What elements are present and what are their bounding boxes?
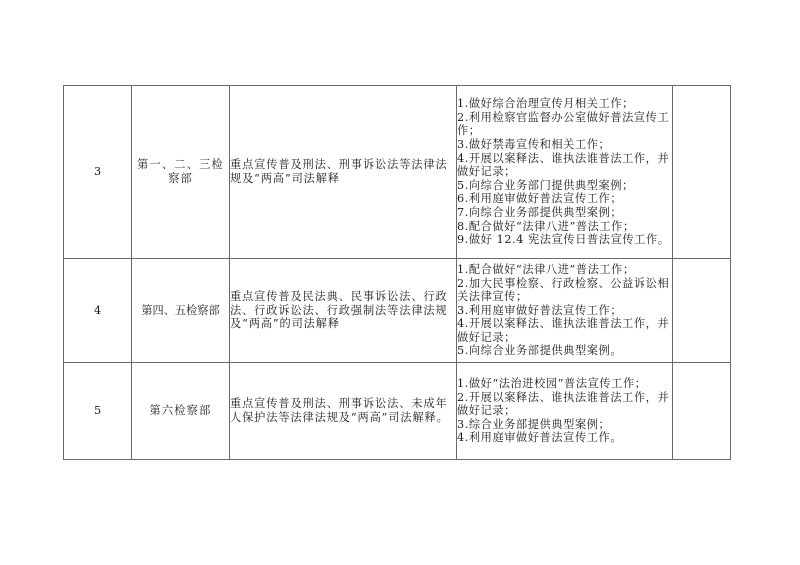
table-row: 4 第四、五检察部 重点宣传普及民法典、民事诉讼法、行政法、行政诉讼法、行政强制…	[64, 259, 731, 363]
department-cell: 第一、二、三检察部	[132, 86, 230, 259]
tasks-cell: 1.配合做好“法律八进”普法工作； 2.加大民事检察、行政检察、公益诉讼相关法律…	[457, 259, 673, 363]
task-item: 3.做好禁毒宣传和相关工作；	[457, 138, 672, 152]
content-cell: 重点宣传普及民法典、民事诉讼法、行政法、行政诉讼法、行政强制法等法律法规及“两高…	[230, 259, 457, 363]
department-cell: 第四、五检察部	[132, 259, 230, 363]
task-item: 2.加大民事检察、行政检察、公益诉讼相关法律宣传；	[457, 277, 672, 304]
task-item: 1.做好综合治理宣传月相关工作；	[457, 97, 672, 111]
note-cell	[673, 363, 731, 460]
tasks-cell: 1.做好综合治理宣传月相关工作； 2.利用检察官监督办公室做好普法宣传工作； 3…	[457, 86, 673, 259]
task-item: 4.开展以案释法、谁执法谁普法工作，并做好记录；	[457, 152, 672, 179]
note-cell	[673, 259, 731, 363]
task-item: 4.开展以案释法、谁执法谁普法工作，并做好记录；	[457, 317, 672, 344]
content-cell: 重点宣传普及刑法、刑事诉讼法等法律法规及“两高”司法解释	[230, 86, 457, 259]
task-item: 1.做好“法治进校园”普法宣传工作；	[457, 377, 672, 391]
task-item: 5.向综合业务部门提供典型案例；	[457, 179, 672, 193]
task-item: 1.配合做好“法律八进”普法工作；	[457, 263, 672, 277]
department-cell: 第六检察部	[132, 363, 230, 460]
table-row: 5 第六检察部 重点宣传普及刑法、刑事诉讼法、未成年人保护法等法律法规及“两高”…	[64, 363, 731, 460]
work-plan-table: 3 第一、二、三检察部 重点宣传普及刑法、刑事诉讼法等法律法规及“两高”司法解释…	[63, 85, 731, 460]
task-item: 2.开展以案释法、谁执法谁普法工作，并做好记录；	[457, 391, 672, 418]
task-item: 5.向综合业务部提供典型案例。	[457, 344, 672, 358]
tasks-cell: 1.做好“法治进校园”普法宣传工作； 2.开展以案释法、谁执法谁普法工作，并做好…	[457, 363, 673, 460]
note-cell	[673, 86, 731, 259]
table-row: 3 第一、二、三检察部 重点宣传普及刑法、刑事诉讼法等法律法规及“两高”司法解释…	[64, 86, 731, 259]
task-item: 4.利用庭审做好普法宣传工作。	[457, 431, 672, 445]
row-number: 3	[64, 86, 132, 259]
content-cell: 重点宣传普及刑法、刑事诉讼法、未成年人保护法等法律法规及“两高”司法解释。	[230, 363, 457, 460]
task-item: 9.做好 12.4 宪法宣传日普法宣传工作。	[457, 233, 672, 247]
row-number: 4	[64, 259, 132, 363]
task-item: 8.配合做好“法律八进”普法工作；	[457, 220, 672, 234]
row-number: 5	[64, 363, 132, 460]
task-item: 3.综合业务部提供典型案例；	[457, 418, 672, 432]
task-item: 6.利用庭审做好普法宣传工作；	[457, 192, 672, 206]
task-item: 7.向综合业务部提供典型案例；	[457, 206, 672, 220]
task-item: 3.利用庭审做好普法宣传工作；	[457, 304, 672, 318]
task-item: 2.利用检察官监督办公室做好普法宣传工作；	[457, 111, 672, 138]
